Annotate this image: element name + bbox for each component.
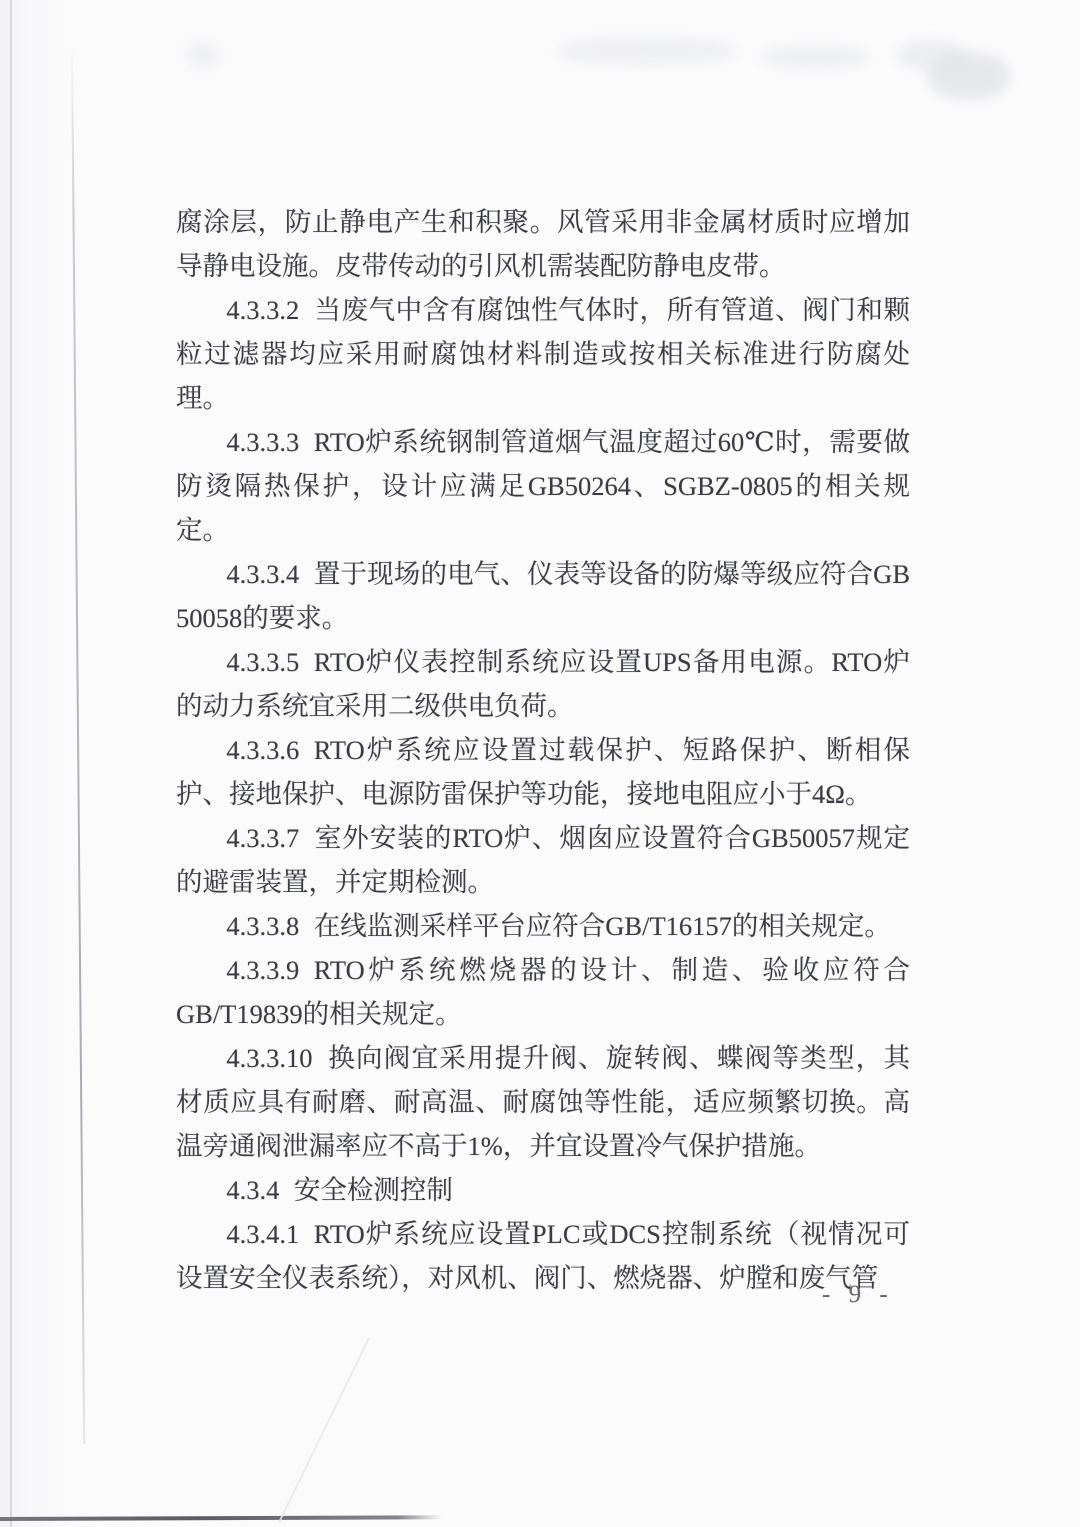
section-number: 4.3.4 xyxy=(226,1175,279,1205)
paragraph-text: 安全检测控制 xyxy=(294,1175,453,1205)
document-text-block: 腐涂层，防止静电产生和积聚。风管采用非金属材质时应增加导静电设施。皮带传动的引风… xyxy=(176,200,910,1300)
section-number: 4.3.3.9 xyxy=(226,955,299,985)
scanned-document-page: 腐涂层，防止静电产生和积聚。风管采用非金属材质时应增加导静电设施。皮带传动的引风… xyxy=(0,0,1080,1527)
section-number: 4.3.3.2 xyxy=(226,295,299,325)
section-number: 4.3.3.5 xyxy=(226,647,299,677)
page-number: - 9 - xyxy=(822,1281,891,1309)
paragraph-4-3-4-1: 4.3.4.1RTO炉系统应设置PLC或DCS控制系统（视情况可设置安全仪表系统… xyxy=(176,1212,910,1300)
scan-fold-line xyxy=(71,44,85,1444)
bleed-through-smudge xyxy=(556,36,736,66)
section-number: 4.3.3.8 xyxy=(226,911,299,941)
paragraph-4-3-3-10: 4.3.3.10换向阀宜采用提升阀、旋转阀、蝶阀等类型，其材质应具有耐磨、耐高温… xyxy=(176,1036,910,1168)
paragraph-4-3-3-5: 4.3.3.5RTO炉仪表控制系统应设置UPS备用电源。RTO炉的动力系统宜采用… xyxy=(176,640,910,728)
section-number: 4.3.3.3 xyxy=(226,427,299,457)
scratch-mark xyxy=(278,1338,370,1523)
paragraph-4-3-3-3: 4.3.3.3RTO炉系统钢制管道烟气温度超过60℃时，需要做防烫隔热保护，设计… xyxy=(176,420,910,552)
bleed-through-smudge xyxy=(928,52,1010,100)
scan-bottom-edge-line xyxy=(0,1515,442,1520)
section-number: 4.3.3.7 xyxy=(226,823,299,853)
bleed-through-smudge xyxy=(760,44,870,70)
paragraph-text: 腐涂层，防止静电产生和积聚。风管采用非金属材质时应增加导静电设施。皮带传动的引风… xyxy=(176,207,910,281)
paragraph-4-3-3-2: 4.3.3.2当废气中含有腐蚀性气体时，所有管道、阀门和颗粒过滤器均应采用耐腐蚀… xyxy=(176,288,910,420)
paragraph-text: 在线监测采样平台应符合GB/T16157的相关规定。 xyxy=(314,911,891,941)
paragraph-4-3-3-4: 4.3.3.4置于现场的电气、仪表等设备的防爆等级应符合GB 50058的要求。 xyxy=(176,552,910,640)
section-number: 4.3.3.10 xyxy=(226,1043,312,1073)
section-number: 4.3.4.1 xyxy=(226,1219,299,1249)
paragraph-4-3-4: 4.3.4安全检测控制 xyxy=(176,1168,910,1212)
paragraph-continuation: 腐涂层，防止静电产生和积聚。风管采用非金属材质时应增加导静电设施。皮带传动的引风… xyxy=(176,200,910,288)
scan-edge-line-left xyxy=(10,0,12,1527)
section-number: 4.3.3.6 xyxy=(226,735,299,765)
paragraph-4-3-3-7: 4.3.3.7室外安装的RTO炉、烟囱应设置符合GB50057规定的避雷装置，并… xyxy=(176,816,910,904)
paragraph-4-3-3-9: 4.3.3.9RTO炉系统燃烧器的设计、制造、验收应符合GB/T19839的相关… xyxy=(176,948,910,1036)
bleed-through-smudge xyxy=(186,42,220,68)
section-number: 4.3.3.4 xyxy=(226,559,299,589)
paragraph-4-3-3-6: 4.3.3.6RTO炉系统应设置过载保护、短路保护、断相保护、接地保护、电源防雷… xyxy=(176,728,910,816)
paragraph-4-3-3-8: 4.3.3.8在线监测采样平台应符合GB/T16157的相关规定。 xyxy=(176,904,910,948)
